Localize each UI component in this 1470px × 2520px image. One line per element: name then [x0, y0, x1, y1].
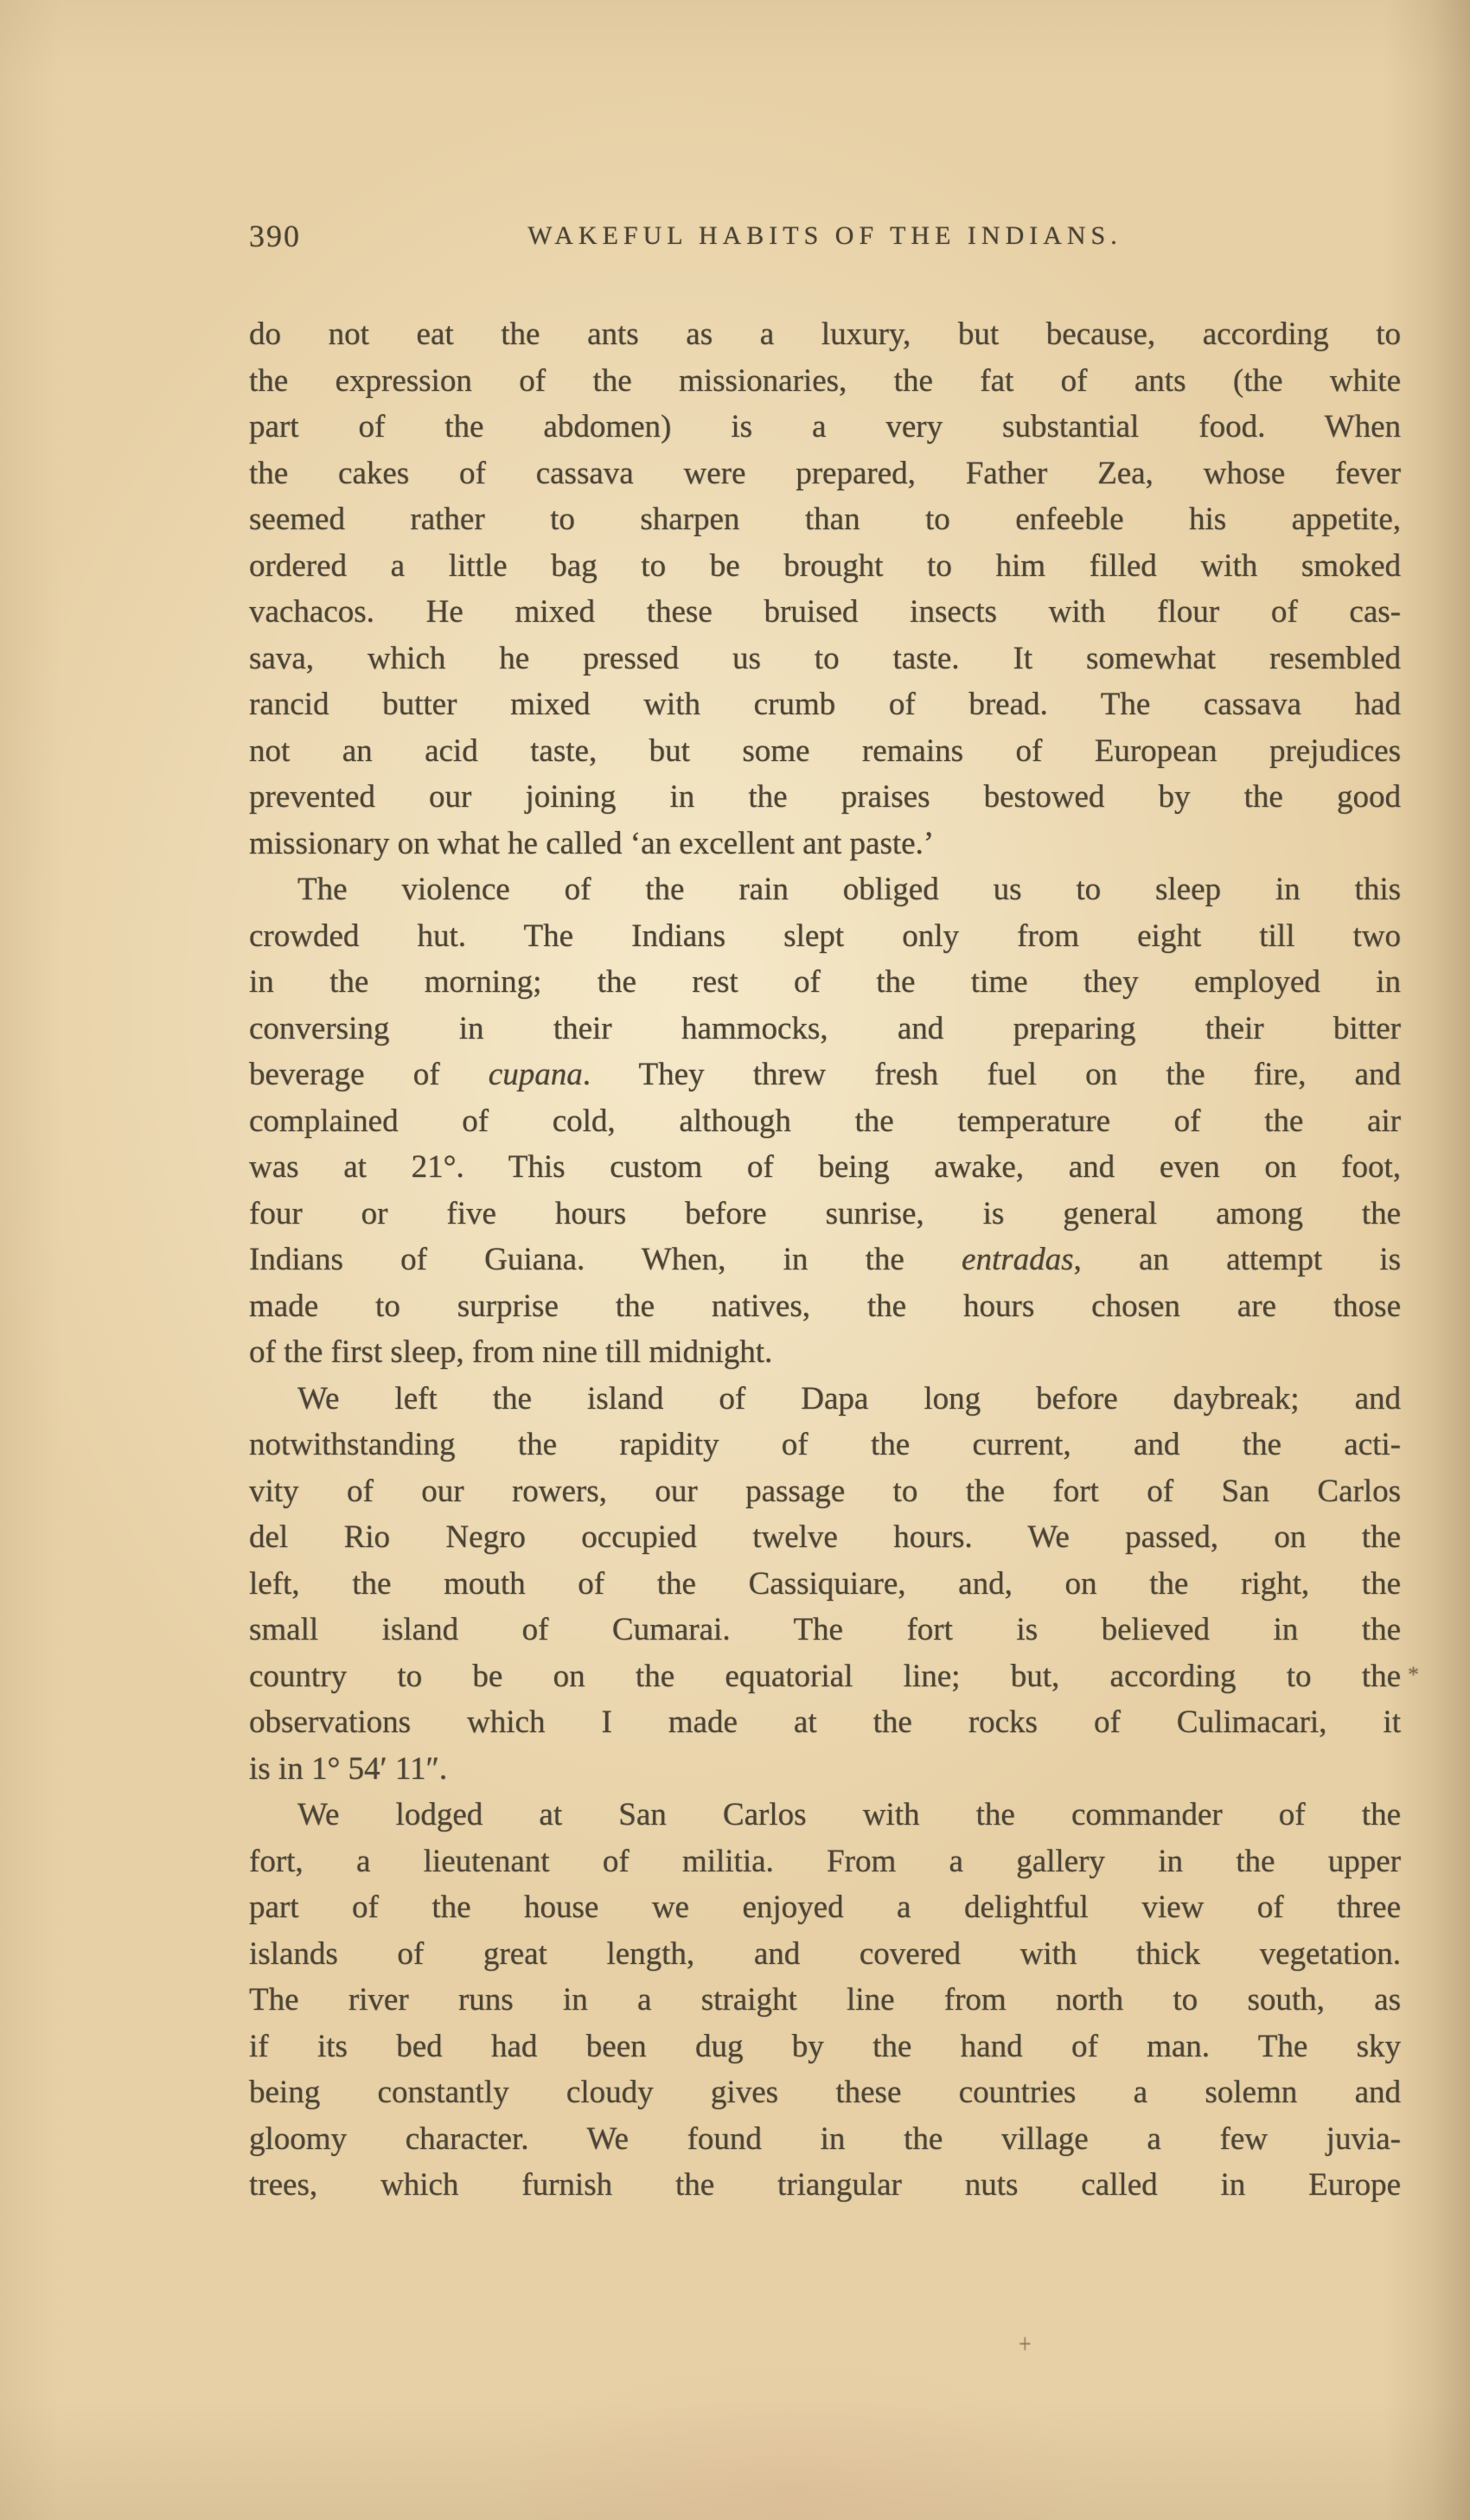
text-line: being constantly cloudy gives these coun… — [249, 2069, 1401, 2116]
running-header: 390 WAKEFUL HABITS OF THE INDIANS. — [249, 216, 1401, 256]
text-line: vity of our rowers, our passage to the f… — [249, 1468, 1401, 1515]
text-line: was at 21°. This custom of being awake, … — [249, 1144, 1401, 1191]
text-line: crowded hut. The Indians slept only from… — [249, 913, 1401, 960]
text-line: missionary on what he called ‘an excelle… — [249, 821, 1401, 867]
text-line: part of the house we enjoyed a delightfu… — [249, 1884, 1401, 1931]
page-body: do not eat the ants as a luxury, but bec… — [249, 311, 1401, 2209]
text-line: rancid butter mixed with crumb of bread.… — [249, 681, 1401, 728]
text-line: trees, which furnish the triangular nuts… — [249, 2162, 1401, 2209]
text-line: gloomy character. We found in the villag… — [249, 2116, 1401, 2163]
text-line: beverage of cupana. They threw fresh fue… — [249, 1052, 1401, 1098]
italic-term: entradas — [962, 1242, 1074, 1277]
text-line: The violence of the rain obliged us to s… — [249, 867, 1401, 913]
running-head-title: WAKEFUL HABITS OF THE INDIANS. — [249, 221, 1401, 251]
text-line: do not eat the ants as a luxury, but bec… — [249, 311, 1401, 358]
text-line: ordered a little bag to be brought to hi… — [249, 543, 1401, 590]
text-line: conversing in their hammocks, and prepar… — [249, 1006, 1401, 1052]
text-line: left, the mouth of the Cassiquiare, and,… — [249, 1561, 1401, 1608]
text-line: del Rio Negro occupied twelve hours. We … — [249, 1514, 1401, 1561]
margin-ink-mark: * — [1408, 1662, 1419, 1688]
text-line: the expression of the missionaries, the … — [249, 358, 1401, 405]
text-line: of the first sleep, from nine till midni… — [249, 1329, 1401, 1376]
italic-term: cupana — [489, 1057, 583, 1092]
text-line: The river runs in a straight line from n… — [249, 1977, 1401, 2024]
text-line: is in 1° 54′ 11″. — [249, 1746, 1401, 1793]
text-line: made to surprise the natives, the hours … — [249, 1283, 1401, 1330]
text-line: sava, which he pressed us to taste. It s… — [249, 636, 1401, 682]
text-line: observations which I made at the rocks o… — [249, 1699, 1401, 1746]
text-line: notwithstanding the rapidity of the curr… — [249, 1422, 1401, 1468]
text-line: in the morning; the rest of the time the… — [249, 959, 1401, 1006]
text-line: vachacos. He mixed these bruised insects… — [249, 589, 1401, 636]
text-line: complained of cold, although the tempera… — [249, 1098, 1401, 1145]
text-line: the cakes of cassava were prepared, Fath… — [249, 451, 1401, 497]
text-line: country to be on the equatorial line; bu… — [249, 1653, 1401, 1700]
book-page: 390 WAKEFUL HABITS OF THE INDIANS. do no… — [0, 0, 1470, 2520]
text-line: if its bed had been dug by the hand of m… — [249, 2024, 1401, 2070]
text-line: seemed rather to sharpen than to enfeebl… — [249, 496, 1401, 543]
text-line: Indians of Guiana. When, in the entradas… — [249, 1237, 1401, 1283]
text-line: four or five hours before sunrise, is ge… — [249, 1191, 1401, 1238]
text-line: islands of great length, and covered wit… — [249, 1931, 1401, 1978]
text-line: prevented our joining in the praises bes… — [249, 774, 1401, 821]
text-line: We lodged at San Carlos with the command… — [249, 1792, 1401, 1839]
text-line: fort, a lieutenant of militia. From a ga… — [249, 1839, 1401, 1885]
text-line: small island of Cumarai. The fort is bel… — [249, 1607, 1401, 1653]
text-line: not an acid taste, but some remains of E… — [249, 728, 1401, 775]
printer-ornament-mark: + — [1019, 2328, 1032, 2361]
text-line: part of the abdomen) is a very substanti… — [249, 404, 1401, 451]
text-line: We left the island of Dapa long before d… — [249, 1376, 1401, 1423]
